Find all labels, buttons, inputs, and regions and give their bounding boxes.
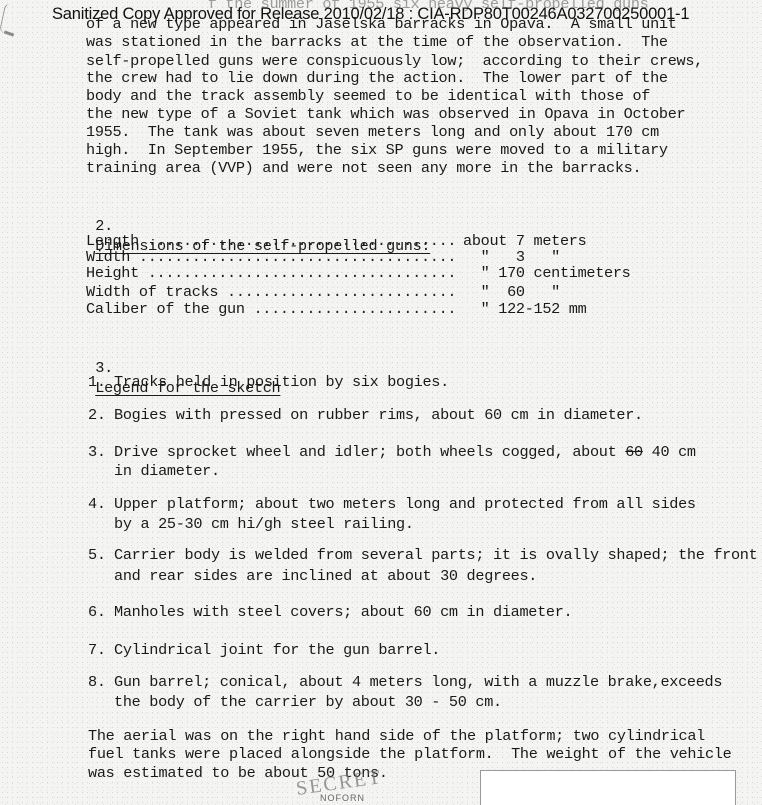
- leader-dots: ...................................: [148, 264, 457, 282]
- legend-item-text: Tracks held in position by six bogies.: [114, 372, 449, 392]
- legend-item-text: Bogies with pressed on rubber rims, abou…: [114, 405, 643, 425]
- legend-item-number: 3.: [88, 442, 106, 462]
- legend-item-text: Carrier body is welded from several part…: [114, 545, 757, 565]
- closing-line: fuel tanks were placed alongside the pla…: [88, 744, 731, 764]
- intro-line: training area (VVP) and were not seen an…: [86, 158, 641, 178]
- intro-line: the crew had to lie down during the acti…: [86, 68, 668, 88]
- dimension-value: " 170 centimeters: [463, 263, 630, 283]
- intro-line: 1955. The tank was about seven meters lo…: [86, 122, 659, 142]
- leader-dots: .......................: [253, 300, 456, 318]
- blank-box: [480, 770, 736, 805]
- intro-line: high. In September 1955, the six SP guns…: [86, 140, 668, 160]
- legend-item-text: in diameter.: [114, 461, 220, 481]
- intro-line: of a new type appeared in Jaselska barra…: [86, 14, 677, 34]
- closing-line: The aerial was on the right hand side of…: [88, 726, 705, 746]
- legend-item-text: and rear sides are inclined at about 30 …: [114, 566, 537, 586]
- dissemination-stamp: NOFORN: [320, 793, 365, 803]
- handwritten-mark: [0, 3, 20, 35]
- dimension-row: Caliber of the gun .....................…: [86, 299, 456, 319]
- dimension-value: " 122-152 mm: [463, 299, 586, 319]
- struck-value: 60: [625, 443, 643, 461]
- legend-item-text: the body of the carrier by about 30 - 50…: [114, 692, 502, 712]
- legend-item-number: 4.: [88, 494, 106, 514]
- legend-item-text: by a 25-30 cm hi/gh steel railing.: [114, 514, 414, 534]
- dimension-label: Height: [86, 264, 148, 282]
- intro-line: was stationed in the barracks at the tim…: [86, 32, 668, 52]
- legend-item-number: 2.: [88, 405, 106, 425]
- legend-item-text: Gun barrel; conical, about 4 meters long…: [114, 672, 722, 692]
- dimension-row: Height .................................…: [86, 263, 456, 283]
- legend-item-number: 1.: [88, 372, 106, 392]
- legend-item-number: 7.: [88, 640, 106, 660]
- legend-item-text: Manholes with steel covers; about 60 cm …: [114, 602, 572, 622]
- legend-item-number: 8.: [88, 672, 106, 692]
- legend-item-text: Cylindrical joint for the gun barrel.: [114, 640, 440, 660]
- legend-item-number: 5.: [88, 545, 106, 565]
- intro-line: body and the track assembly seemed to be…: [86, 86, 650, 106]
- legend-item-text: Upper platform; about two meters long an…: [114, 494, 696, 514]
- legend-item-number: 6.: [88, 602, 106, 622]
- legend-item-text: Drive sprocket wheel and idler; both whe…: [114, 442, 696, 462]
- intro-line: the new type of a Soviet tank which was …: [86, 104, 685, 124]
- dimension-label: Caliber of the gun: [86, 300, 253, 318]
